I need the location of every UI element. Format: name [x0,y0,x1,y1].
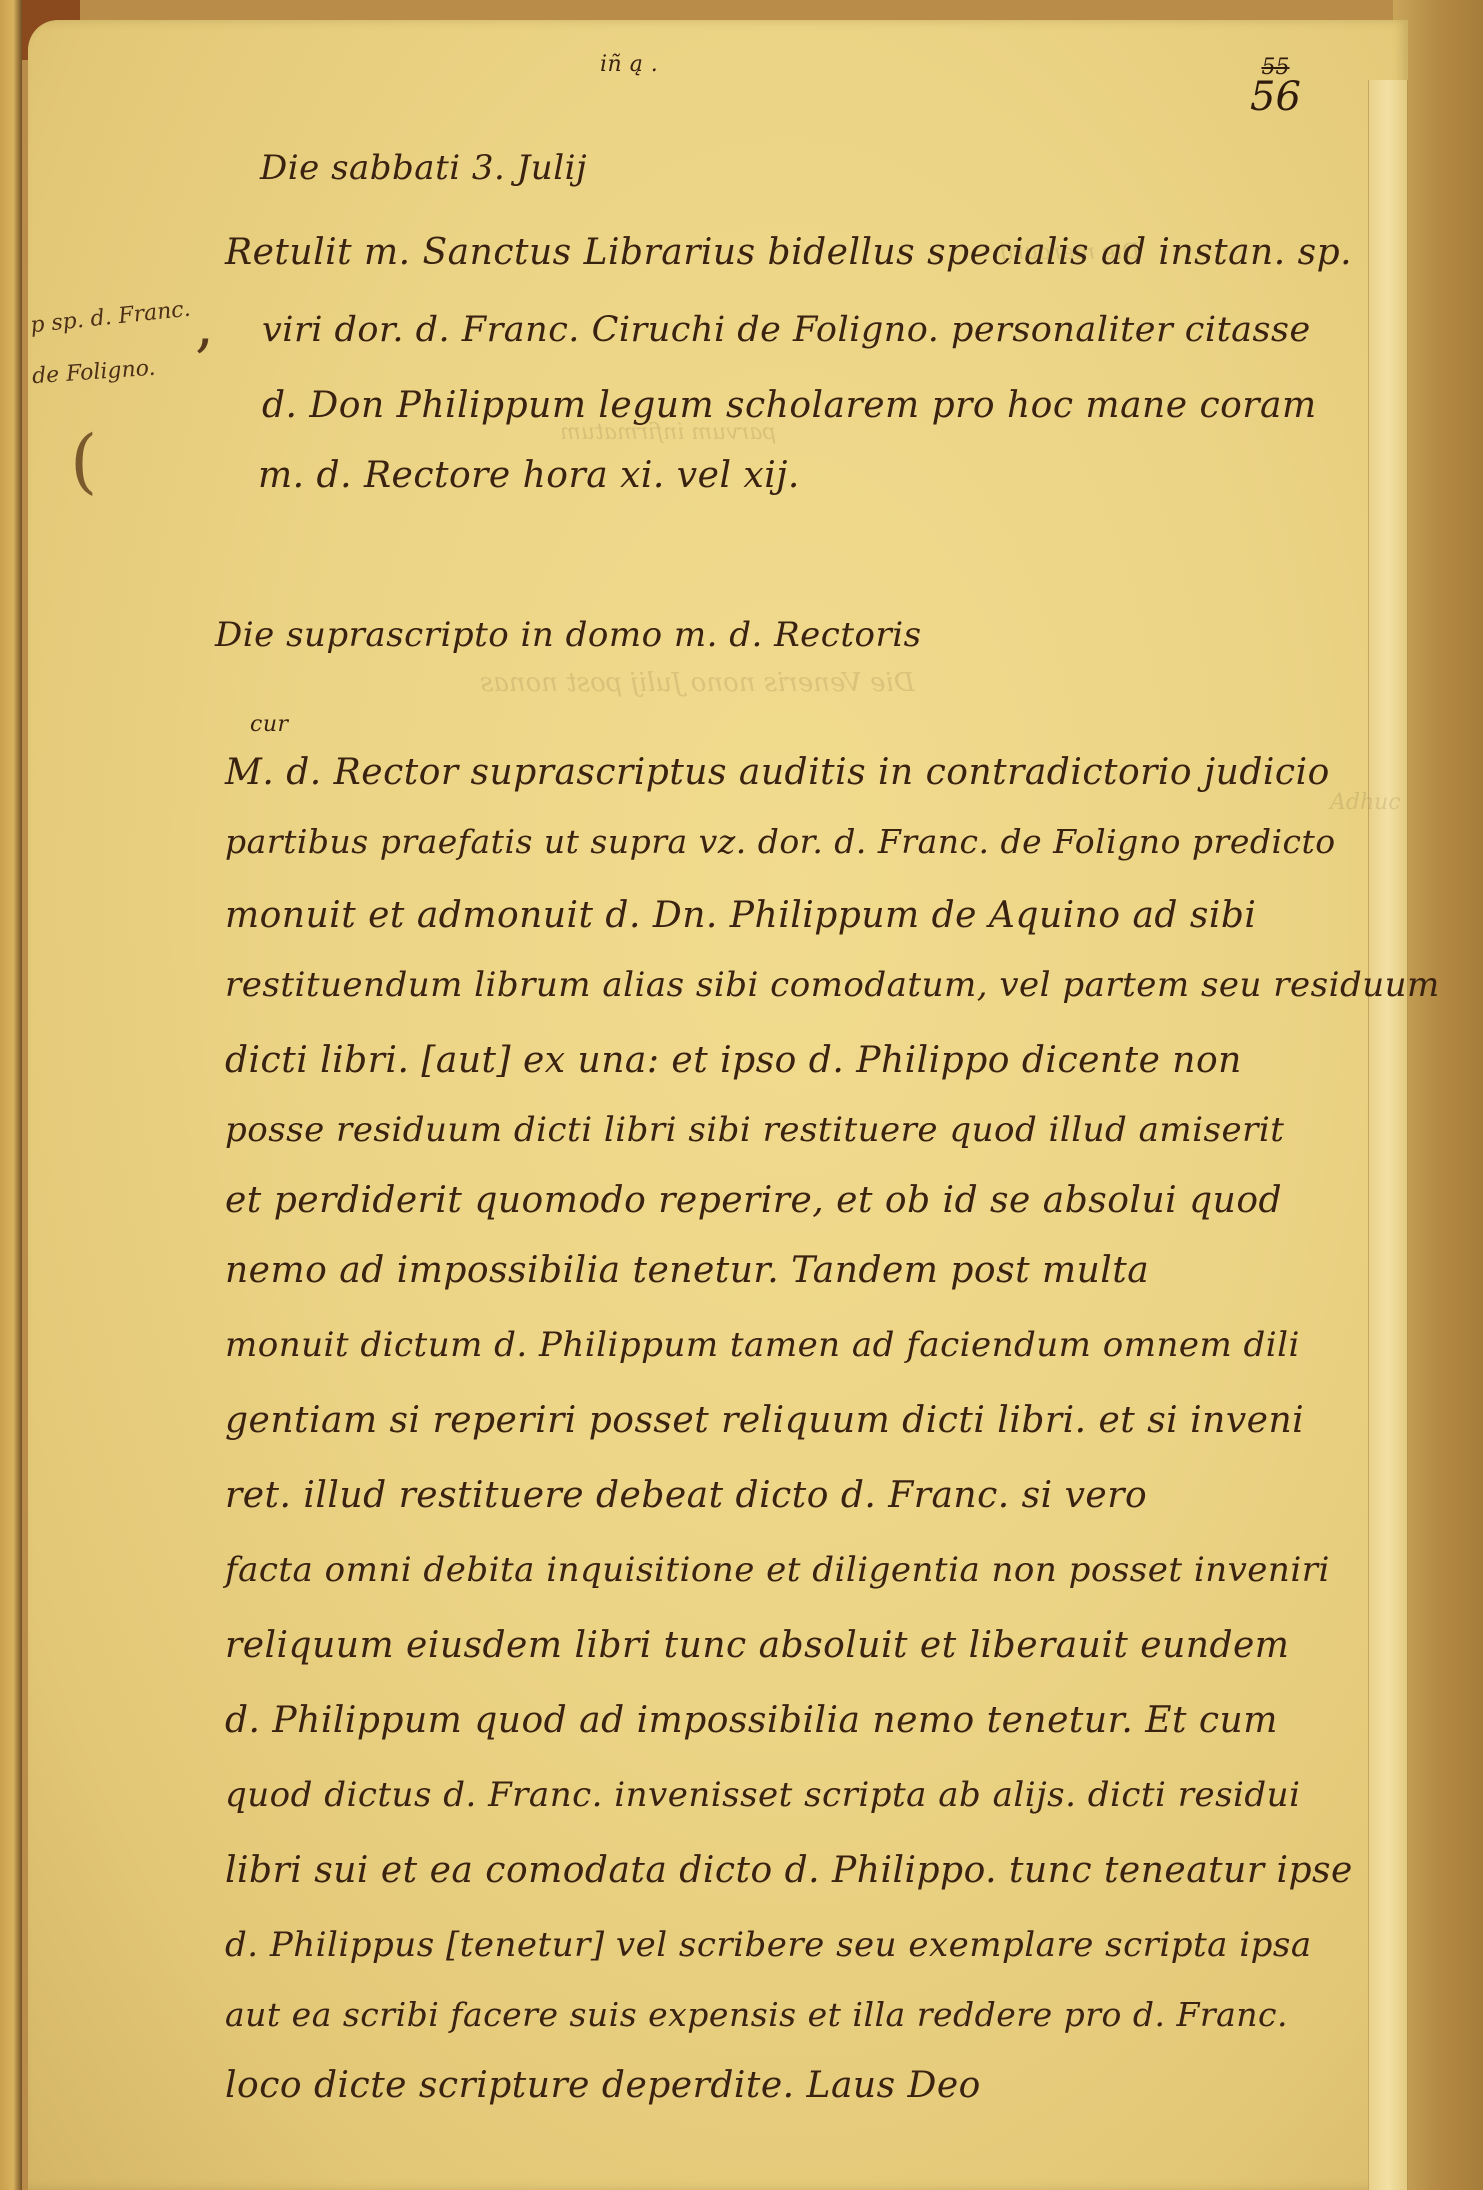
folio-number: 55 56 [1250,55,1301,120]
entry-line: d. Philippum quod ad impossibilia nemo t… [225,1700,1278,1741]
entry-line: facta omni debita inquisitione et dilige… [225,1550,1330,1590]
entry-line: posse residuum dicti libri sibi restitue… [225,1110,1284,1150]
entry-line: ret. illud restituere debeat dicto d. Fr… [225,1475,1147,1516]
entry-line: viri dor. d. Franc. Ciruchi de Foligno. … [262,310,1311,350]
entry-line: M. d. Rector suprascriptus auditis in co… [225,752,1330,793]
top-mark: iñ ą . [600,52,658,77]
entry-line: d. Don Philippum legum scholarem pro hoc… [262,385,1317,426]
entry-line: quod dictus d. Franc. invenisset scripta… [225,1775,1300,1815]
margin-bracket: ( [70,420,97,502]
folio-current: 56 [1250,74,1301,120]
entry-heading: Die suprascripto in domo m. d. Rectoris [215,615,922,655]
entry-heading: Die sabbati 3. Julij [260,148,587,188]
entry-line: Retulit m. Sanctus Librarius bidellus sp… [225,232,1352,273]
entry-line: monuit dictum d. Philippum tamen ad faci… [225,1325,1300,1365]
page-edge [1368,80,1408,2190]
entry-line-closing: loco dicte scripture deperdite. Laus Deo [225,2065,981,2106]
bleed-through-text: Die Veneris nono Julij post nonas [480,668,915,698]
entry-line: et perdiderit quomodo reperire, et ob id… [225,1180,1282,1221]
entry-line: libri sui et ea comodata dicto d. Philip… [225,1850,1353,1891]
margin-annotation: cur [250,712,289,737]
margin-bracket: , [195,290,214,360]
entry-line: nemo ad impossibilia tenetur. Tandem pos… [225,1250,1149,1291]
entry-line: d. Philippus [tenetur] vel scribere seu … [225,1925,1312,1965]
entry-line: m. d. Rectore hora xi. vel xij. [258,455,800,496]
entry-line: aut ea scribi facere suis expensis et il… [225,1995,1288,2034]
entry-line: monuit et admonuit d. Dn. Philippum de A… [225,895,1256,936]
book-spine [0,0,22,2190]
entry-line: restituendum librum alias sibi comodatum… [225,965,1440,1005]
entry-line: partibus praefatis ut supra vz. dor. d. … [225,822,1336,861]
entry-line: gentiam si reperiri posset reliquum dict… [225,1400,1304,1441]
bleed-through-fragment: Adhuc [1330,790,1401,815]
entry-line: dicti libri. [aut] ex una: et ipso d. Ph… [225,1040,1242,1081]
entry-line: reliquum eiusdem libri tunc absoluit et … [225,1625,1289,1666]
